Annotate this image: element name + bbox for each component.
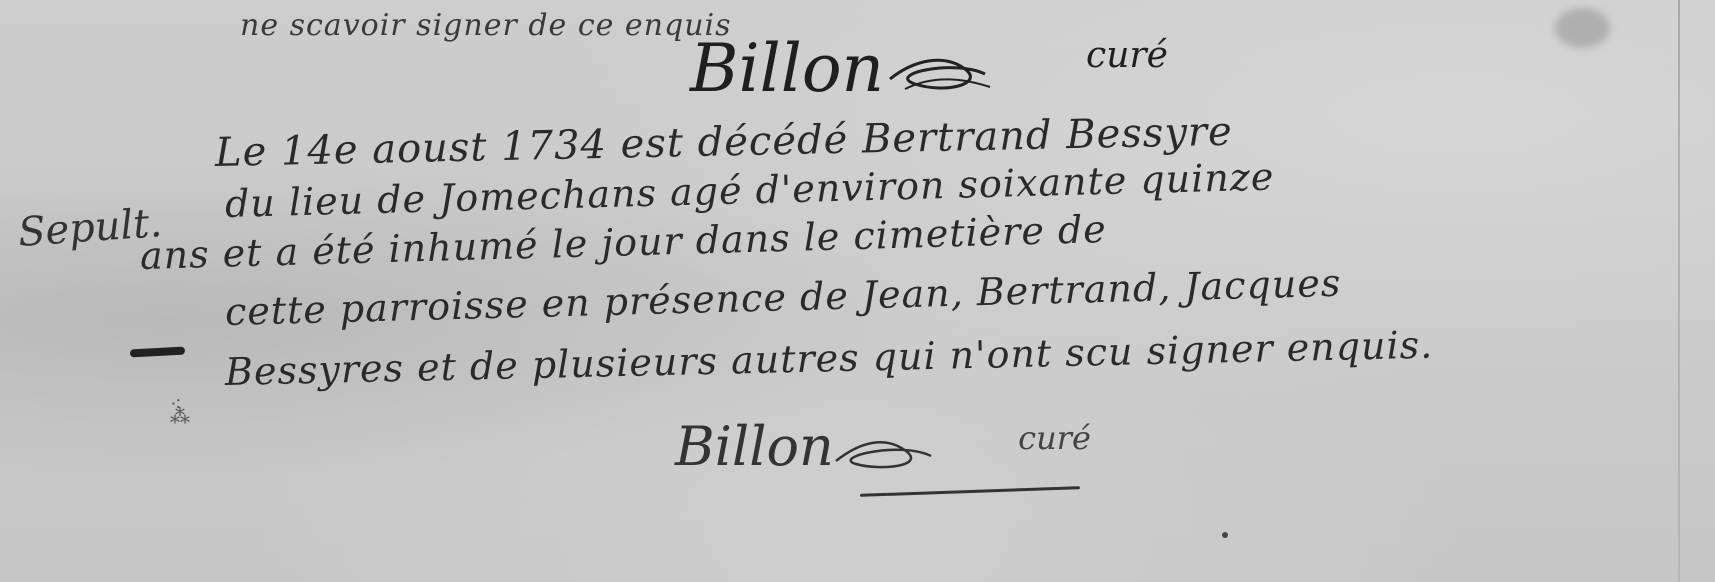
- previous-entry-signature: Billon curé: [690, 30, 1168, 107]
- signature-title: curé: [1018, 419, 1091, 457]
- closing-signature: Billon curé: [675, 415, 1091, 478]
- ink-stain: [1555, 8, 1610, 48]
- paraph-flourish-icon: [885, 49, 995, 99]
- entry-line-5: Bessyres et de plusieurs autres qui n'on…: [225, 323, 1434, 394]
- signature-name: Billon: [675, 415, 834, 478]
- ink-dot: [1222, 532, 1228, 538]
- signature-name: Billon: [690, 30, 884, 107]
- previous-entry-tail: ne scavoir signer de ce enquis: [240, 8, 732, 43]
- entry-line-4: cette parroisse en présence de Jean, Ber…: [224, 261, 1341, 334]
- ink-smudge: ⁖⁂: [170, 398, 200, 438]
- register-page: ne scavoir signer de ce enquis Billon cu…: [0, 0, 1715, 582]
- page-fold-line: [1678, 0, 1680, 582]
- signature-underline: [860, 486, 1080, 497]
- struck-out-word: [130, 347, 185, 358]
- paraph-flourish-icon: [831, 426, 941, 476]
- signature-title: curé: [1086, 35, 1168, 76]
